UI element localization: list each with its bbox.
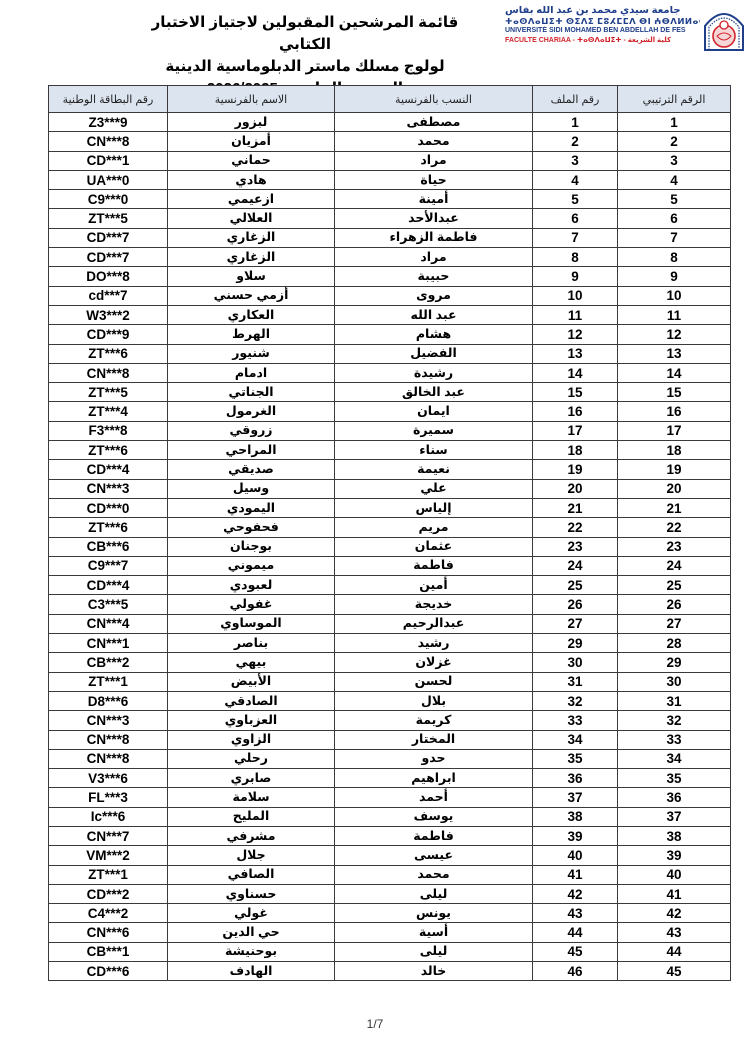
national-id-cell: UA***0 [49,170,168,189]
rank-cell: 13 [618,344,731,363]
table-row: 3738يوسفالمليحIc***6 [49,807,731,826]
table-row: 4445ليلىبوحنيشةCB***1 [49,942,731,961]
table-row: 1111عبد اللهالعكاريW3***2 [49,305,731,324]
national-id-cell: CD***6 [49,962,168,981]
rank-cell: 15 [618,383,731,402]
header-rank: الرقم الترتيبي [618,86,731,113]
national-id-cell: CN***8 [49,363,168,382]
last-name-cell: العلالي [168,209,335,228]
file-number-cell: 14 [533,363,618,382]
rank-cell: 32 [618,711,731,730]
table-row: 1616ايمانالغرمولZT***4 [49,402,731,421]
first-name-cell: ابراهيم [335,769,533,788]
national-id-cell: C4***2 [49,904,168,923]
last-name-cell: الجناتي [168,383,335,402]
last-name-cell: اليمودي [168,498,335,517]
national-id-cell: CN***8 [49,730,168,749]
table-row: 3536ابراهيمصابريV3***6 [49,769,731,788]
national-id-cell: CN***7 [49,826,168,845]
rank-cell: 39 [618,846,731,865]
last-name-cell: الزاوي [168,730,335,749]
last-name-cell: المراحي [168,441,335,460]
rank-cell: 43 [618,923,731,942]
university-name-arabic: جامعة سيدي محمد بن عبد الله بفاس [505,6,700,16]
rank-cell: 9 [618,267,731,286]
last-name-cell: أزمي حسني [168,286,335,305]
file-number-cell: 25 [533,576,618,595]
first-name-cell: لحسن [335,672,533,691]
national-id-cell: ZT***5 [49,383,168,402]
last-name-cell: ميموني [168,556,335,575]
file-number-cell: 18 [533,441,618,460]
file-number-cell: 34 [533,730,618,749]
rank-cell: 11 [618,305,731,324]
rank-cell: 10 [618,286,731,305]
header-national-id: رقم البطاقة الوطنية [49,86,168,113]
file-number-cell: 17 [533,421,618,440]
last-name-cell: سلاو [168,267,335,286]
file-number-cell: 35 [533,749,618,768]
file-number-cell: 37 [533,788,618,807]
rank-cell: 23 [618,537,731,556]
table-row: 1414رشيدةادمامCN***8 [49,363,731,382]
last-name-cell: الصافي [168,865,335,884]
last-name-cell: غولي [168,904,335,923]
rank-cell: 17 [618,421,731,440]
last-name-cell: الهرط [168,325,335,344]
rank-cell: 1 [618,113,731,132]
last-name-cell: الزغاري [168,228,335,247]
table-row: 99حبيبةسلاوDO***8 [49,267,731,286]
first-name-cell: ليلى [335,884,533,903]
file-number-cell: 12 [533,325,618,344]
first-name-cell: سناء [335,441,533,460]
table-body: 11مصطفىلبزورZ3***922محمدأمزيانCN***833مر… [49,113,731,981]
table-row: 2323عثمانبوجنانCB***6 [49,537,731,556]
file-number-cell: 20 [533,479,618,498]
file-number-cell: 32 [533,691,618,710]
rank-cell: 3 [618,151,731,170]
file-number-cell: 30 [533,653,618,672]
title-line-2: لولوج مسلك ماستر الدبلوماسية الدينية [140,56,470,78]
first-name-cell: كريمة [335,711,533,730]
rank-cell: 19 [618,460,731,479]
last-name-cell: رحلي [168,749,335,768]
table-header-row: الرقم الترتيبي رقم الملف النسب بالفرنسية… [49,86,731,113]
national-id-cell: CD***9 [49,325,168,344]
last-name-cell: مشرفي [168,826,335,845]
university-name-tifinagh: ⵜⴰⵙⴷⴰⵡⵉⵜ ⵙⵉⴷⵉ ⵎⵓⵃⵎⵎⴷ ⴱⵏ ⵄⴱⴷⵍⵍⴰⵀ ⵏ ⴼⴰⵙ [505,16,700,26]
table-row: 66عبدالأحدالعلاليZT***5 [49,209,731,228]
file-number-cell: 42 [533,884,618,903]
last-name-cell: زروقي [168,421,335,440]
last-name-cell: بوحنيشة [168,942,335,961]
rank-cell: 26 [618,595,731,614]
table-row: 4344أسيةحي الدينCN***6 [49,923,731,942]
rank-cell: 38 [618,826,731,845]
first-name-cell: فاطمة [335,826,533,845]
last-name-cell: لعبودي [168,576,335,595]
table-row: 3233كريمةالعزباويCN***3 [49,711,731,730]
file-number-cell: 38 [533,807,618,826]
national-id-cell: V3***6 [49,769,168,788]
first-name-cell: عثمان [335,537,533,556]
rank-cell: 8 [618,248,731,267]
last-name-cell: ادمام [168,363,335,382]
last-name-cell: الزغاري [168,248,335,267]
rank-cell: 42 [618,904,731,923]
national-id-cell: Z3***9 [49,113,168,132]
first-name-cell: مراد [335,151,533,170]
table-row: 3940عيسىجلالVM***2 [49,846,731,865]
rank-cell: 41 [618,884,731,903]
university-logo: جامعة سيدي محمد بن عبد الله بفاس ⵜⴰⵙⴷⴰⵡⵉ… [505,6,747,52]
national-id-cell: F3***8 [49,421,168,440]
last-name-cell: صابري [168,769,335,788]
national-id-cell: CN***3 [49,479,168,498]
national-id-cell: ZT***4 [49,402,168,421]
first-name-cell: رشيد [335,634,533,653]
table-row: 2121إلياساليموديCD***0 [49,498,731,517]
file-number-cell: 13 [533,344,618,363]
first-name-cell: ليلى [335,942,533,961]
file-number-cell: 39 [533,826,618,845]
file-number-cell: 31 [533,672,618,691]
first-name-cell: فاطمة الزهراء [335,228,533,247]
file-number-cell: 45 [533,942,618,961]
last-name-cell: الأبيض [168,672,335,691]
rank-cell: 18 [618,441,731,460]
table-row: 3839فاطمةمشرفيCN***7 [49,826,731,845]
rank-cell: 27 [618,614,731,633]
table-row: 2829رشيدبناصرCN***1 [49,634,731,653]
first-name-cell: يونس [335,904,533,923]
table-row: 1212هشامالهرطCD***9 [49,325,731,344]
national-id-cell: DO***8 [49,267,168,286]
table-row: 4243يونسغوليC4***2 [49,904,731,923]
first-name-cell: ايمان [335,402,533,421]
national-id-cell: CN***8 [49,749,168,768]
file-number-cell: 15 [533,383,618,402]
file-number-cell: 16 [533,402,618,421]
page-number: 1/7 [0,1017,750,1031]
last-name-cell: لبزور [168,113,335,132]
national-id-cell: CD***2 [49,884,168,903]
file-number-cell: 1 [533,113,618,132]
last-name-cell: العكاري [168,305,335,324]
table-row: 2424فاطمةميمونيC9***7 [49,556,731,575]
first-name-cell: بلال [335,691,533,710]
first-name-cell: الفضيل [335,344,533,363]
last-name-cell: شنيور [168,344,335,363]
last-name-cell: حماني [168,151,335,170]
file-number-cell: 26 [533,595,618,614]
last-name-cell: الصادقي [168,691,335,710]
table-row: 3132بلالالصادقيD8***6 [49,691,731,710]
table-row: 2222مريمفحفوحيZT***6 [49,518,731,537]
national-id-cell: CB***1 [49,942,168,961]
table-row: 2525أمينلعبوديCD***4 [49,576,731,595]
table-row: 3435حدورحليCN***8 [49,749,731,768]
rank-cell: 34 [618,749,731,768]
national-id-cell: D8***6 [49,691,168,710]
rank-cell: 14 [618,363,731,382]
table-row: 55أمينةازعيميC9***0 [49,190,731,209]
national-id-cell: Ic***6 [49,807,168,826]
table-row: 1717سميرةزروقيF3***8 [49,421,731,440]
first-name-cell: المختار [335,730,533,749]
university-name-block: جامعة سيدي محمد بن عبد الله بفاس ⵜⴰⵙⴷⴰⵡⵉ… [505,6,700,46]
first-name-cell: مروى [335,286,533,305]
rank-cell: 5 [618,190,731,209]
rank-cell: 29 [618,653,731,672]
national-id-cell: CB***6 [49,537,168,556]
first-name-cell: يوسف [335,807,533,826]
table-row: 2930غزلانبيهيCB***2 [49,653,731,672]
first-name-cell: أسية [335,923,533,942]
faculty-name: FACULTE CHARIAA - ⵜⴰⵙⴷⴰⵡⵉⵜ - كلية الشريع… [505,36,700,46]
last-name-cell: سلامة [168,788,335,807]
first-name-cell: علي [335,479,533,498]
first-name-cell: عبد الله [335,305,533,324]
file-number-cell: 21 [533,498,618,517]
national-id-cell: CD***1 [49,151,168,170]
national-id-cell: CD***4 [49,576,168,595]
table-row: 44حياةهاديUA***0 [49,170,731,189]
header-file-number: رقم الملف [533,86,618,113]
rank-cell: 20 [618,479,731,498]
file-number-cell: 2 [533,132,618,151]
first-name-cell: مصطفى [335,113,533,132]
table-row: 1515عبد الخالقالجناتيZT***5 [49,383,731,402]
last-name-cell: هادي [168,170,335,189]
table-row: 1313الفضيلشنيورZT***6 [49,344,731,363]
rank-cell: 24 [618,556,731,575]
file-number-cell: 23 [533,537,618,556]
rank-cell: 37 [618,807,731,826]
national-id-cell: CB***2 [49,653,168,672]
rank-cell: 2 [618,132,731,151]
first-name-cell: حياة [335,170,533,189]
last-name-cell: صديقي [168,460,335,479]
first-name-cell: غزلان [335,653,533,672]
rank-cell: 28 [618,634,731,653]
first-name-cell: محمد [335,132,533,151]
table-row: 77فاطمة الزهراءالزغاريCD***7 [49,228,731,247]
first-name-cell: عيسى [335,846,533,865]
first-name-cell: مريم [335,518,533,537]
file-number-cell: 4 [533,170,618,189]
file-number-cell: 40 [533,846,618,865]
national-id-cell: CN***4 [49,614,168,633]
national-id-cell: ZT***6 [49,441,168,460]
first-name-cell: هشام [335,325,533,344]
table-row: 3637أحمدسلامةFL***3 [49,788,731,807]
first-name-cell: محمد [335,865,533,884]
file-number-cell: 41 [533,865,618,884]
table-row: 33مرادحمانيCD***1 [49,151,731,170]
rank-cell: 4 [618,170,731,189]
file-number-cell: 3 [533,151,618,170]
file-number-cell: 10 [533,286,618,305]
first-name-cell: مراد [335,248,533,267]
last-name-cell: حي الدين [168,923,335,942]
file-number-cell: 6 [533,209,618,228]
last-name-cell: حسناوي [168,884,335,903]
table-row: 2020عليوسيلCN***3 [49,479,731,498]
last-name-cell: المليح [168,807,335,826]
national-id-cell: CD***0 [49,498,168,517]
file-number-cell: 33 [533,711,618,730]
rank-cell: 7 [618,228,731,247]
national-id-cell: ZT***1 [49,672,168,691]
first-name-cell: أمينة [335,190,533,209]
file-number-cell: 7 [533,228,618,247]
table-row: 4546خالدالهادفCD***6 [49,962,731,981]
last-name-cell: غفولي [168,595,335,614]
first-name-cell: فاطمة [335,556,533,575]
table-row: 11مصطفىلبزورZ3***9 [49,113,731,132]
table-row: 4142ليلىحسناويCD***2 [49,884,731,903]
file-number-cell: 5 [533,190,618,209]
rank-cell: 44 [618,942,731,961]
file-number-cell: 43 [533,904,618,923]
candidates-table: الرقم الترتيبي رقم الملف النسب بالفرنسية… [48,85,731,981]
last-name-cell: العزباوي [168,711,335,730]
national-id-cell: CD***7 [49,228,168,247]
file-number-cell: 36 [533,769,618,788]
first-name-cell: عبدالرحيم [335,614,533,633]
last-name-cell: الغرمول [168,402,335,421]
first-name-cell: سميرة [335,421,533,440]
national-id-cell: FL***3 [49,788,168,807]
file-number-cell: 29 [533,634,618,653]
national-id-cell: C9***0 [49,190,168,209]
first-name-cell: عبدالأحد [335,209,533,228]
rank-cell: 45 [618,962,731,981]
rank-cell: 12 [618,325,731,344]
table-row: 3031لحسنالأبيضZT***1 [49,672,731,691]
file-number-cell: 44 [533,923,618,942]
table-row: 2727عبدالرحيمالموساويCN***4 [49,614,731,633]
table-row: 4041محمدالصافيZT***1 [49,865,731,884]
national-id-cell: ZT***6 [49,518,168,537]
file-number-cell: 27 [533,614,618,633]
first-name-cell: نعيمة [335,460,533,479]
first-name-cell: عبد الخالق [335,383,533,402]
national-id-cell: CN***8 [49,132,168,151]
rank-cell: 21 [618,498,731,517]
first-name-cell: رشيدة [335,363,533,382]
national-id-cell: CN***1 [49,634,168,653]
last-name-cell: الموساوي [168,614,335,633]
table-row: 88مرادالزغاريCD***7 [49,248,731,267]
file-number-cell: 11 [533,305,618,324]
university-name-french: UNIVERSITÉ SIDI MOHAMED BEN ABDELLAH DE … [505,26,700,36]
last-name-cell: جلال [168,846,335,865]
national-id-cell: ZT***5 [49,209,168,228]
rank-cell: 35 [618,769,731,788]
rank-cell: 25 [618,576,731,595]
table-row: 1919نعيمةصديقيCD***4 [49,460,731,479]
last-name-cell: أمزيان [168,132,335,151]
header-first-name: النسب بالفرنسية [335,86,533,113]
national-id-cell: C3***5 [49,595,168,614]
national-id-cell: ZT***1 [49,865,168,884]
header-last-name: الاسم بالفرنسية [168,86,335,113]
file-number-cell: 9 [533,267,618,286]
first-name-cell: إلياس [335,498,533,517]
national-id-cell: CN***6 [49,923,168,942]
table-row: 1818سناءالمراحيZT***6 [49,441,731,460]
file-number-cell: 8 [533,248,618,267]
national-id-cell: C9***7 [49,556,168,575]
table-row: 2626خديجةغفوليC3***5 [49,595,731,614]
title-line-1: قائمة المرشحين المقبولين لاجتياز الاختبا… [140,12,470,56]
national-id-cell: ZT***6 [49,344,168,363]
last-name-cell: بناصر [168,634,335,653]
last-name-cell: الهادف [168,962,335,981]
first-name-cell: خالد [335,962,533,981]
rank-cell: 30 [618,672,731,691]
table-row: 22محمدأمزيانCN***8 [49,132,731,151]
file-number-cell: 22 [533,518,618,537]
rank-cell: 6 [618,209,731,228]
file-number-cell: 46 [533,962,618,981]
university-emblem-icon [702,6,746,52]
first-name-cell: خديجة [335,595,533,614]
national-id-cell: CD***4 [49,460,168,479]
first-name-cell: أمين [335,576,533,595]
rank-cell: 22 [618,518,731,537]
rank-cell: 40 [618,865,731,884]
first-name-cell: حدو [335,749,533,768]
last-name-cell: فحفوحي [168,518,335,537]
national-id-cell: VM***2 [49,846,168,865]
first-name-cell: أحمد [335,788,533,807]
national-id-cell: CD***7 [49,248,168,267]
last-name-cell: بيهي [168,653,335,672]
last-name-cell: وسيل [168,479,335,498]
national-id-cell: cd***7 [49,286,168,305]
last-name-cell: ازعيمي [168,190,335,209]
rank-cell: 16 [618,402,731,421]
national-id-cell: W3***2 [49,305,168,324]
rank-cell: 31 [618,691,731,710]
table-row: 3334المختارالزاويCN***8 [49,730,731,749]
national-id-cell: CN***3 [49,711,168,730]
rank-cell: 33 [618,730,731,749]
file-number-cell: 24 [533,556,618,575]
table-row: 1010مروىأزمي حسنيcd***7 [49,286,731,305]
file-number-cell: 19 [533,460,618,479]
rank-cell: 36 [618,788,731,807]
first-name-cell: حبيبة [335,267,533,286]
last-name-cell: بوجنان [168,537,335,556]
